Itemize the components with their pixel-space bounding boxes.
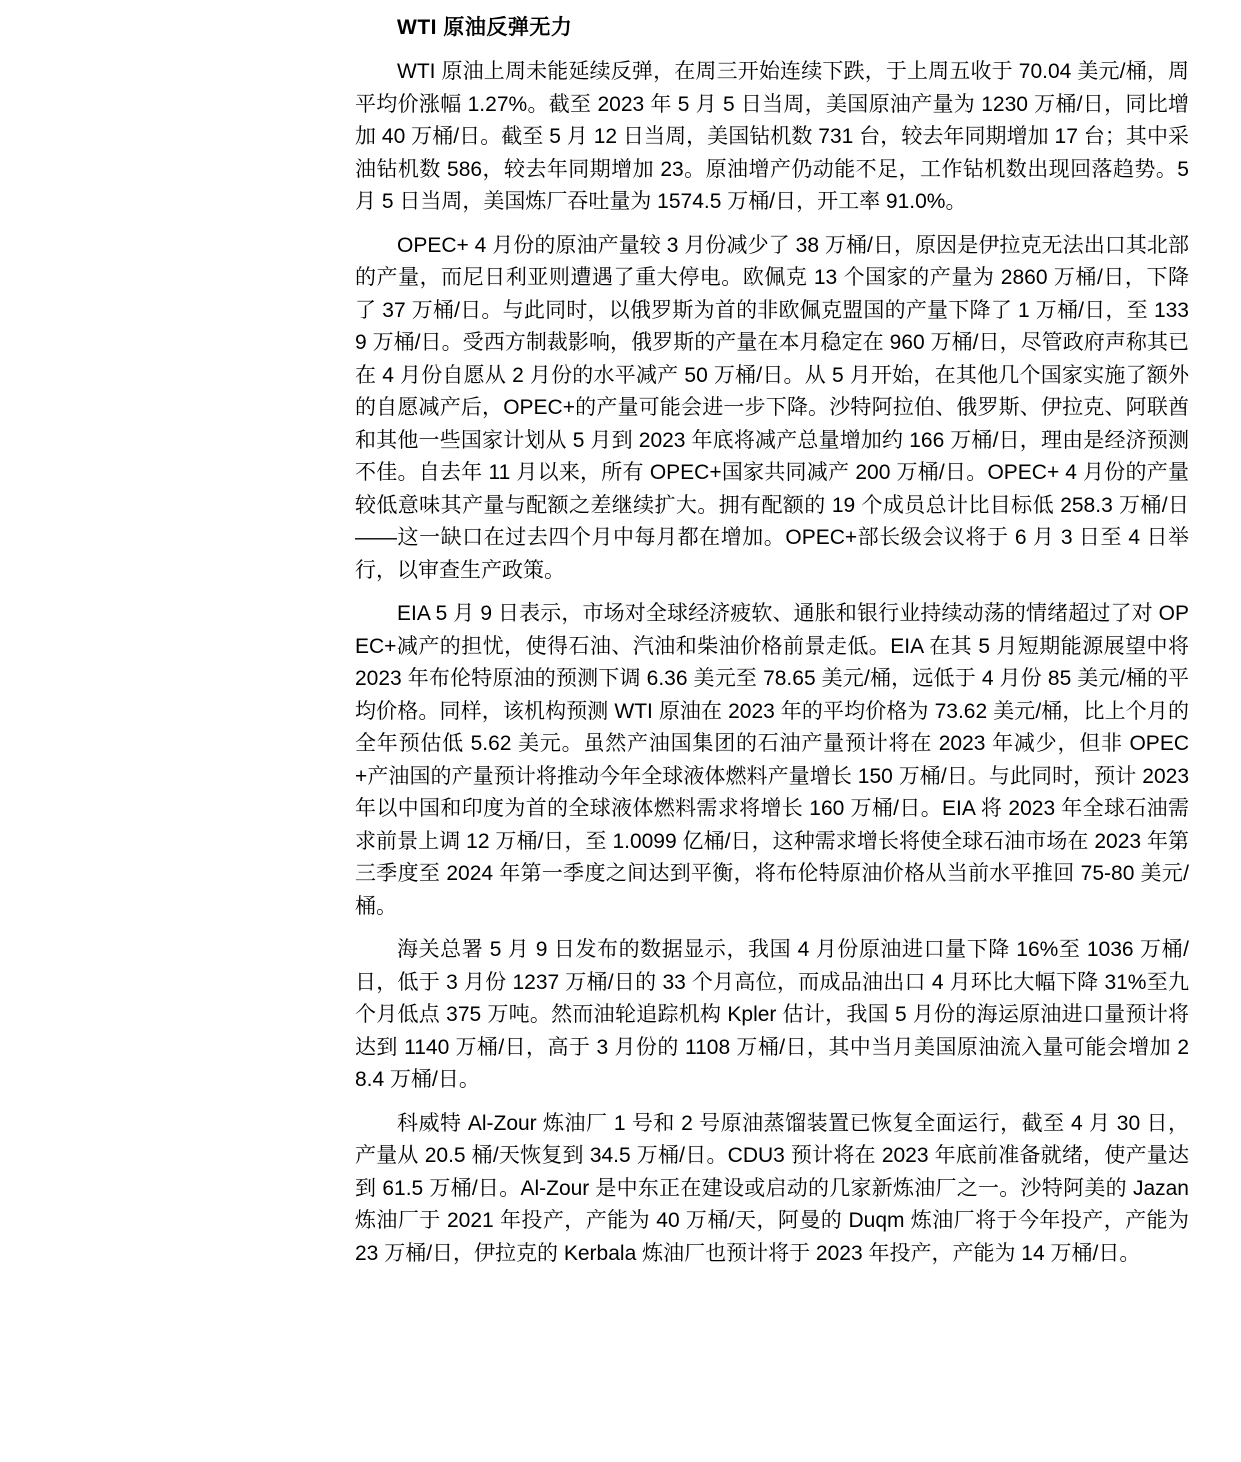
document-content: WTI 原油反弹无力 WTI 原油上周未能延续反弹，在周三开始连续下跌，于上周五…: [355, 13, 1189, 1281]
document-page: WTI 原油反弹无力 WTI 原油上周未能延续反弹，在周三开始连续下跌，于上周五…: [0, 0, 1241, 1462]
paragraph-wti-price: WTI 原油上周未能延续反弹，在周三开始连续下跌，于上周五收于 70.04 美元…: [355, 56, 1189, 219]
paragraph-kuwait-refinery: 科威特 Al-Zour 炼油厂 1 号和 2 号原油蒸馏装置已恢复全面运行，截至…: [355, 1108, 1189, 1271]
section-title: WTI 原油反弹无力: [355, 13, 1189, 43]
paragraph-eia-outlook: EIA 5 月 9 日表示，市场对全球经济疲软、通胀和银行业持续动荡的情绪超过了…: [355, 598, 1189, 923]
paragraph-china-customs: 海关总署 5 月 9 日发布的数据显示，我国 4 月份原油进口量下降 16%至 …: [355, 934, 1189, 1097]
paragraph-opec-production: OPEC+ 4 月份的原油产量较 3 月份减少了 38 万桶/日，原因是伊拉克无…: [355, 230, 1189, 588]
